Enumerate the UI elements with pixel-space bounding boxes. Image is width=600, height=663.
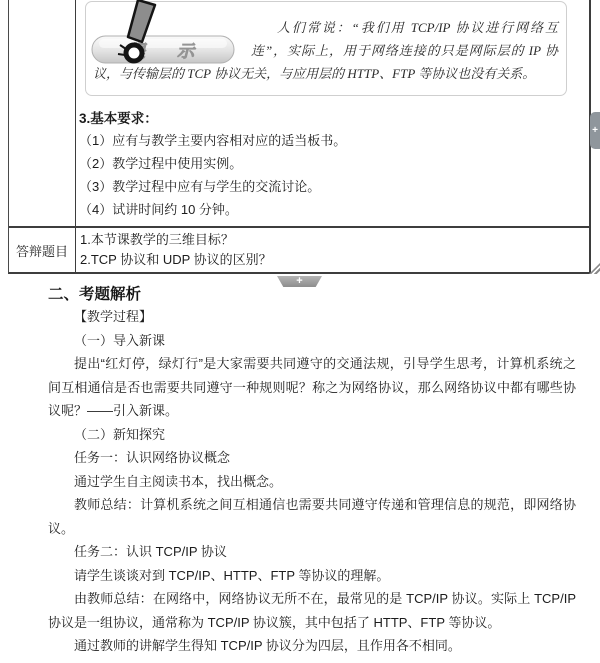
exclamation-dot — [126, 45, 142, 61]
teaching-paragraph: （二）新知探究 — [48, 423, 576, 447]
teaching-paragraph: 通过教师的讲解学生得知 TCP/IP 协议分为四层，且作用各不相同。 — [48, 634, 576, 658]
requirements-heading: 3.基本要求： — [79, 108, 587, 129]
defense-row: 答辩题目 1.本节课教学的三维目标？ 2.TCP 协议和 UDP 协议的区别？ — [9, 228, 589, 272]
teaching-paragraph: 提出“红灯停，绿灯行”是大家需要共同遵守的交通法规，引导学生思考，计算机系统之间… — [48, 352, 576, 423]
requirement-item: （2）教学过程中使用实例。 — [79, 152, 587, 175]
tip-exclamation-icon: 提 示 — [90, 0, 240, 66]
defense-questions-cell: 1.本节课教学的三维目标？ 2.TCP 协议和 UDP 协议的区别？ — [76, 228, 589, 272]
defense-question: 1.本节课教学的三维目标？ — [80, 230, 589, 250]
requirements-row: 提 示 人们常说：“我们用 TCP/IP 协议进行网络互连”，实际上，用于网络连… — [9, 0, 589, 228]
requirements-cell: 提 示 人们常说：“我们用 TCP/IP 协议进行网络互连”，实际上，用于网络连… — [76, 0, 589, 226]
exam-table: 提 示 人们常说：“我们用 TCP/IP 协议进行网络互连”，实际上，用于网络连… — [8, 0, 591, 274]
requirement-item: （4）试讲时间约 10 分钟。 — [79, 198, 587, 221]
expand-handle-bottom[interactable]: + — [277, 276, 322, 287]
tip-box: 提 示 人们常说：“我们用 TCP/IP 协议进行网络互连”，实际上，用于网络连… — [85, 1, 567, 96]
section-title: 二、考题解析 — [48, 282, 141, 304]
defense-question: 2.TCP 协议和 UDP 协议的区别？ — [80, 250, 589, 270]
teaching-paragraph: （一）导入新课 — [48, 329, 576, 353]
teaching-paragraph: 由教师总结：在网络中，网络协议无所不在，最常见的是 TCP/IP 协议。实际上 … — [48, 587, 576, 634]
teaching-paragraph: 请学生谈谈对到 TCP/IP、HTTP、FTP 等协议的理解。 — [48, 564, 576, 588]
empty-row-label-cell — [9, 0, 76, 226]
defense-row-label: 答辩题目 — [9, 228, 76, 272]
page: { "table": { "tip": { "banner_label": "提… — [0, 0, 600, 663]
teaching-paragraph: 通过学生自主阅读书本，找出概念。 — [48, 470, 576, 494]
teaching-paragraph: 教师总结：计算机系统之间互相通信也需要共同遵守传递和管理信息的规范，即网络协议。 — [48, 493, 576, 540]
teaching-paragraph: 【教学过程】 — [48, 305, 576, 329]
teaching-paragraph: 任务二：认识 TCP/IP 协议 — [48, 540, 576, 564]
teaching-process-text: 【教学过程】 （一）导入新课 提出“红灯停，绿灯行”是大家需要共同遵守的交通法规… — [48, 305, 576, 658]
requirement-item: （1）应有与教学主要内容相对应的适当板书。 — [79, 129, 587, 152]
expand-handle-right[interactable]: + — [590, 112, 600, 149]
requirement-item: （3）教学过程中应有与学生的交流讨论。 — [79, 175, 587, 198]
teaching-paragraph: 任务一：认识网络协议概念 — [48, 446, 576, 470]
